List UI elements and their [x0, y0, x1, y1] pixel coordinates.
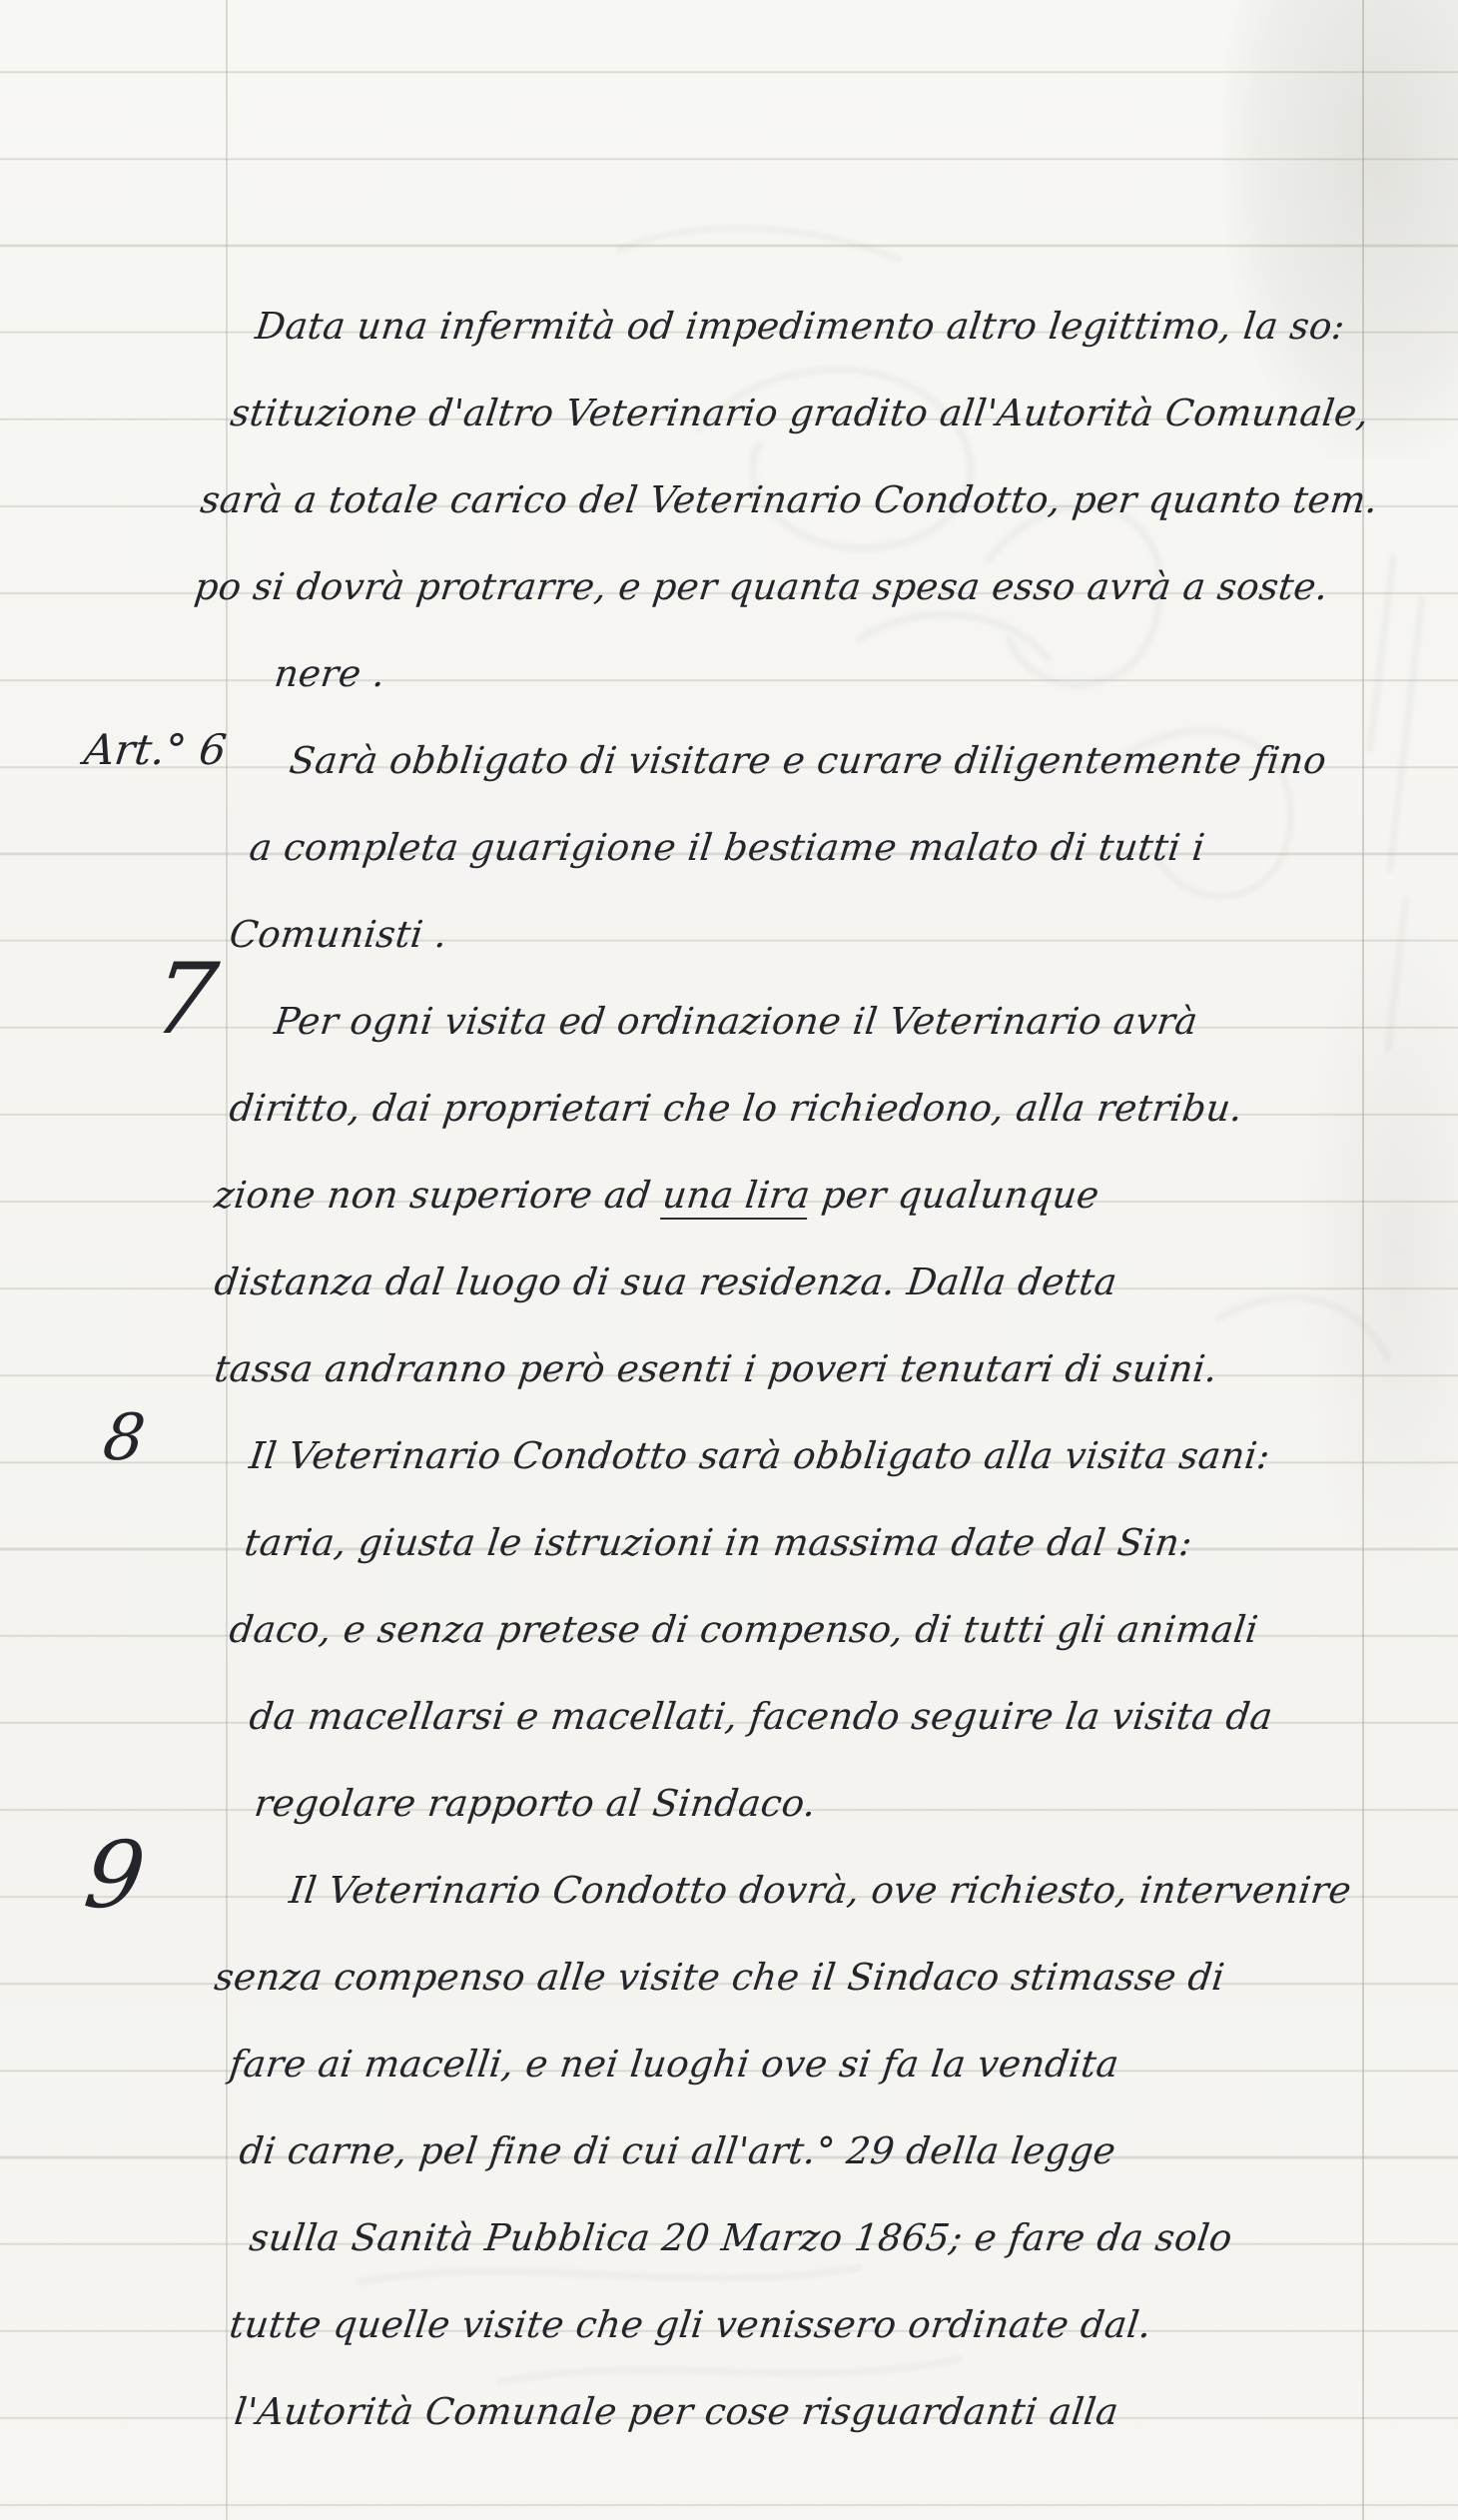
handwriting-line: sarà a totale carico del Veterinario Con… [198, 476, 1380, 524]
handwriting-line: daco, e senza pretese di compenso, di tu… [227, 1606, 1261, 1654]
margin-article-number: 7 [148, 951, 222, 1049]
handwriting-line: po si dovrà protrarre, e per quanta spes… [192, 563, 1331, 611]
handwriting-line: Per ogni visita ed ordinazione il Veteri… [272, 998, 1200, 1046]
handwriting-line: a completa guarigione il bestiame malato… [247, 824, 1207, 872]
margin-article-number: Art.° 6 [82, 729, 229, 771]
handwriting-line: senza compenso alle visite che il Sindac… [212, 1954, 1227, 2002]
margin-article-number: 8 [100, 1406, 149, 1470]
handwriting-line: fare ai macelli, e nei luoghi ove si fa … [227, 2041, 1121, 2089]
handwriting-line: taria, giusta le istruzioni in massima d… [242, 1519, 1195, 1567]
line-text: zione non superiore ad [212, 1174, 665, 1217]
handwriting-layer: Data una infermità od impedimento altro … [0, 0, 1458, 2520]
handwriting-line: Data una infermità od impedimento altro … [253, 303, 1347, 351]
line-text: per qualunque [807, 1174, 1101, 1217]
handwriting-line: distanza dal luogo di sua residenza. Dal… [212, 1259, 1119, 1306]
handwriting-line: Il Veterinario Condotto sarà obbligato a… [247, 1432, 1273, 1480]
handwriting-line: Il Veterinario Condotto dovrà, ove richi… [287, 1867, 1354, 1915]
handwriting-line: l'Autorità Comunale per cose risguardant… [232, 2388, 1121, 2436]
underlined-phrase: una lira [660, 1174, 813, 1220]
handwriting-line: zione non superiore ad una lira per qual… [212, 1172, 1101, 1220]
handwriting-line: nere . [272, 650, 388, 698]
handwriting-line: Sarà obbligato di visitare e curare dili… [287, 737, 1329, 785]
handwriting-line: di carne, pel fine di cui all'art.° 29 d… [237, 2127, 1118, 2175]
handwriting-line: regolare rapporto al Sindaco. [252, 1780, 819, 1828]
handwriting-line: sulla Sanità Pubblica 20 Marzo 1865; e f… [247, 2214, 1235, 2262]
handwriting-line: stituzione d'altro Veterinario gradito a… [228, 390, 1372, 437]
handwriting-line: tutte quelle visite che gli venissero or… [227, 2301, 1154, 2349]
handwriting-line: tassa andranno però esenti i poveri tenu… [212, 1345, 1220, 1393]
margin-article-number: 9 [80, 1830, 150, 1922]
handwriting-line: Comunisti . [227, 911, 450, 959]
handwriting-line: diritto, dai proprietari che lo richiedo… [227, 1085, 1245, 1133]
handwriting-line: da macellarsi e macellati, facendo segui… [247, 1693, 1275, 1741]
